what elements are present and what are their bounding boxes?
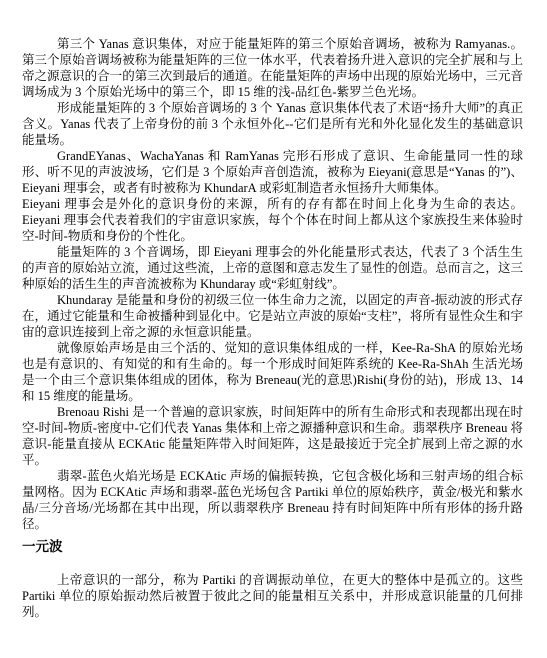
section-paragraph-1: 上帝意识的一部分，称为 Partiki 的音调振动单位，在更大的整体中是孤立的。… (22, 572, 523, 620)
body-paragraph-7: 就像原始声场是由三个活的、觉知的意识集体组成的一样，Kee-Ra-ShA 的原始… (22, 340, 523, 404)
body-paragraph-3: GrandEYanas、WachaYanas 和 RamYanas 完形石形成了… (22, 148, 523, 196)
body-paragraph-4: Eieyani 理事会是外化的意识身份的来源，所有的存有都在时间上化身为生命的表… (22, 196, 523, 244)
section-heading: 一元波 (22, 539, 523, 555)
document-page: 第三个 Yanas 意识集体，对应于能量矩阵的第三个原始音调场，被称为 Ramy… (0, 0, 547, 658)
body-paragraph-8: Brenoau Rishi 是一个普遍的意识家族，时间矩阵中的所有生命形式和表现… (22, 404, 523, 468)
body-paragraph-2: 形成能量矩阵的 3 个原始音调场的 3 个 Yanas 意识集体代表了术语“扬升… (22, 100, 523, 148)
body-paragraph-1: 第三个 Yanas 意识集体，对应于能量矩阵的第三个原始音调场，被称为 Ramy… (22, 36, 523, 100)
body-paragraph-9: 翡翠-蓝色火焰光场是 ECKAtic 声场的偏振转换，它包含极化场和三射声场的组… (22, 468, 523, 532)
body-paragraph-6: Khundaray 是能量和身份的初级三位一体生命力之流，以固定的声音-振动波的… (22, 292, 523, 340)
body-paragraph-5: 能量矩阵的 3 个音调场，即 Eieyani 理事会的外化能量形式表达，代表了 … (22, 244, 523, 292)
